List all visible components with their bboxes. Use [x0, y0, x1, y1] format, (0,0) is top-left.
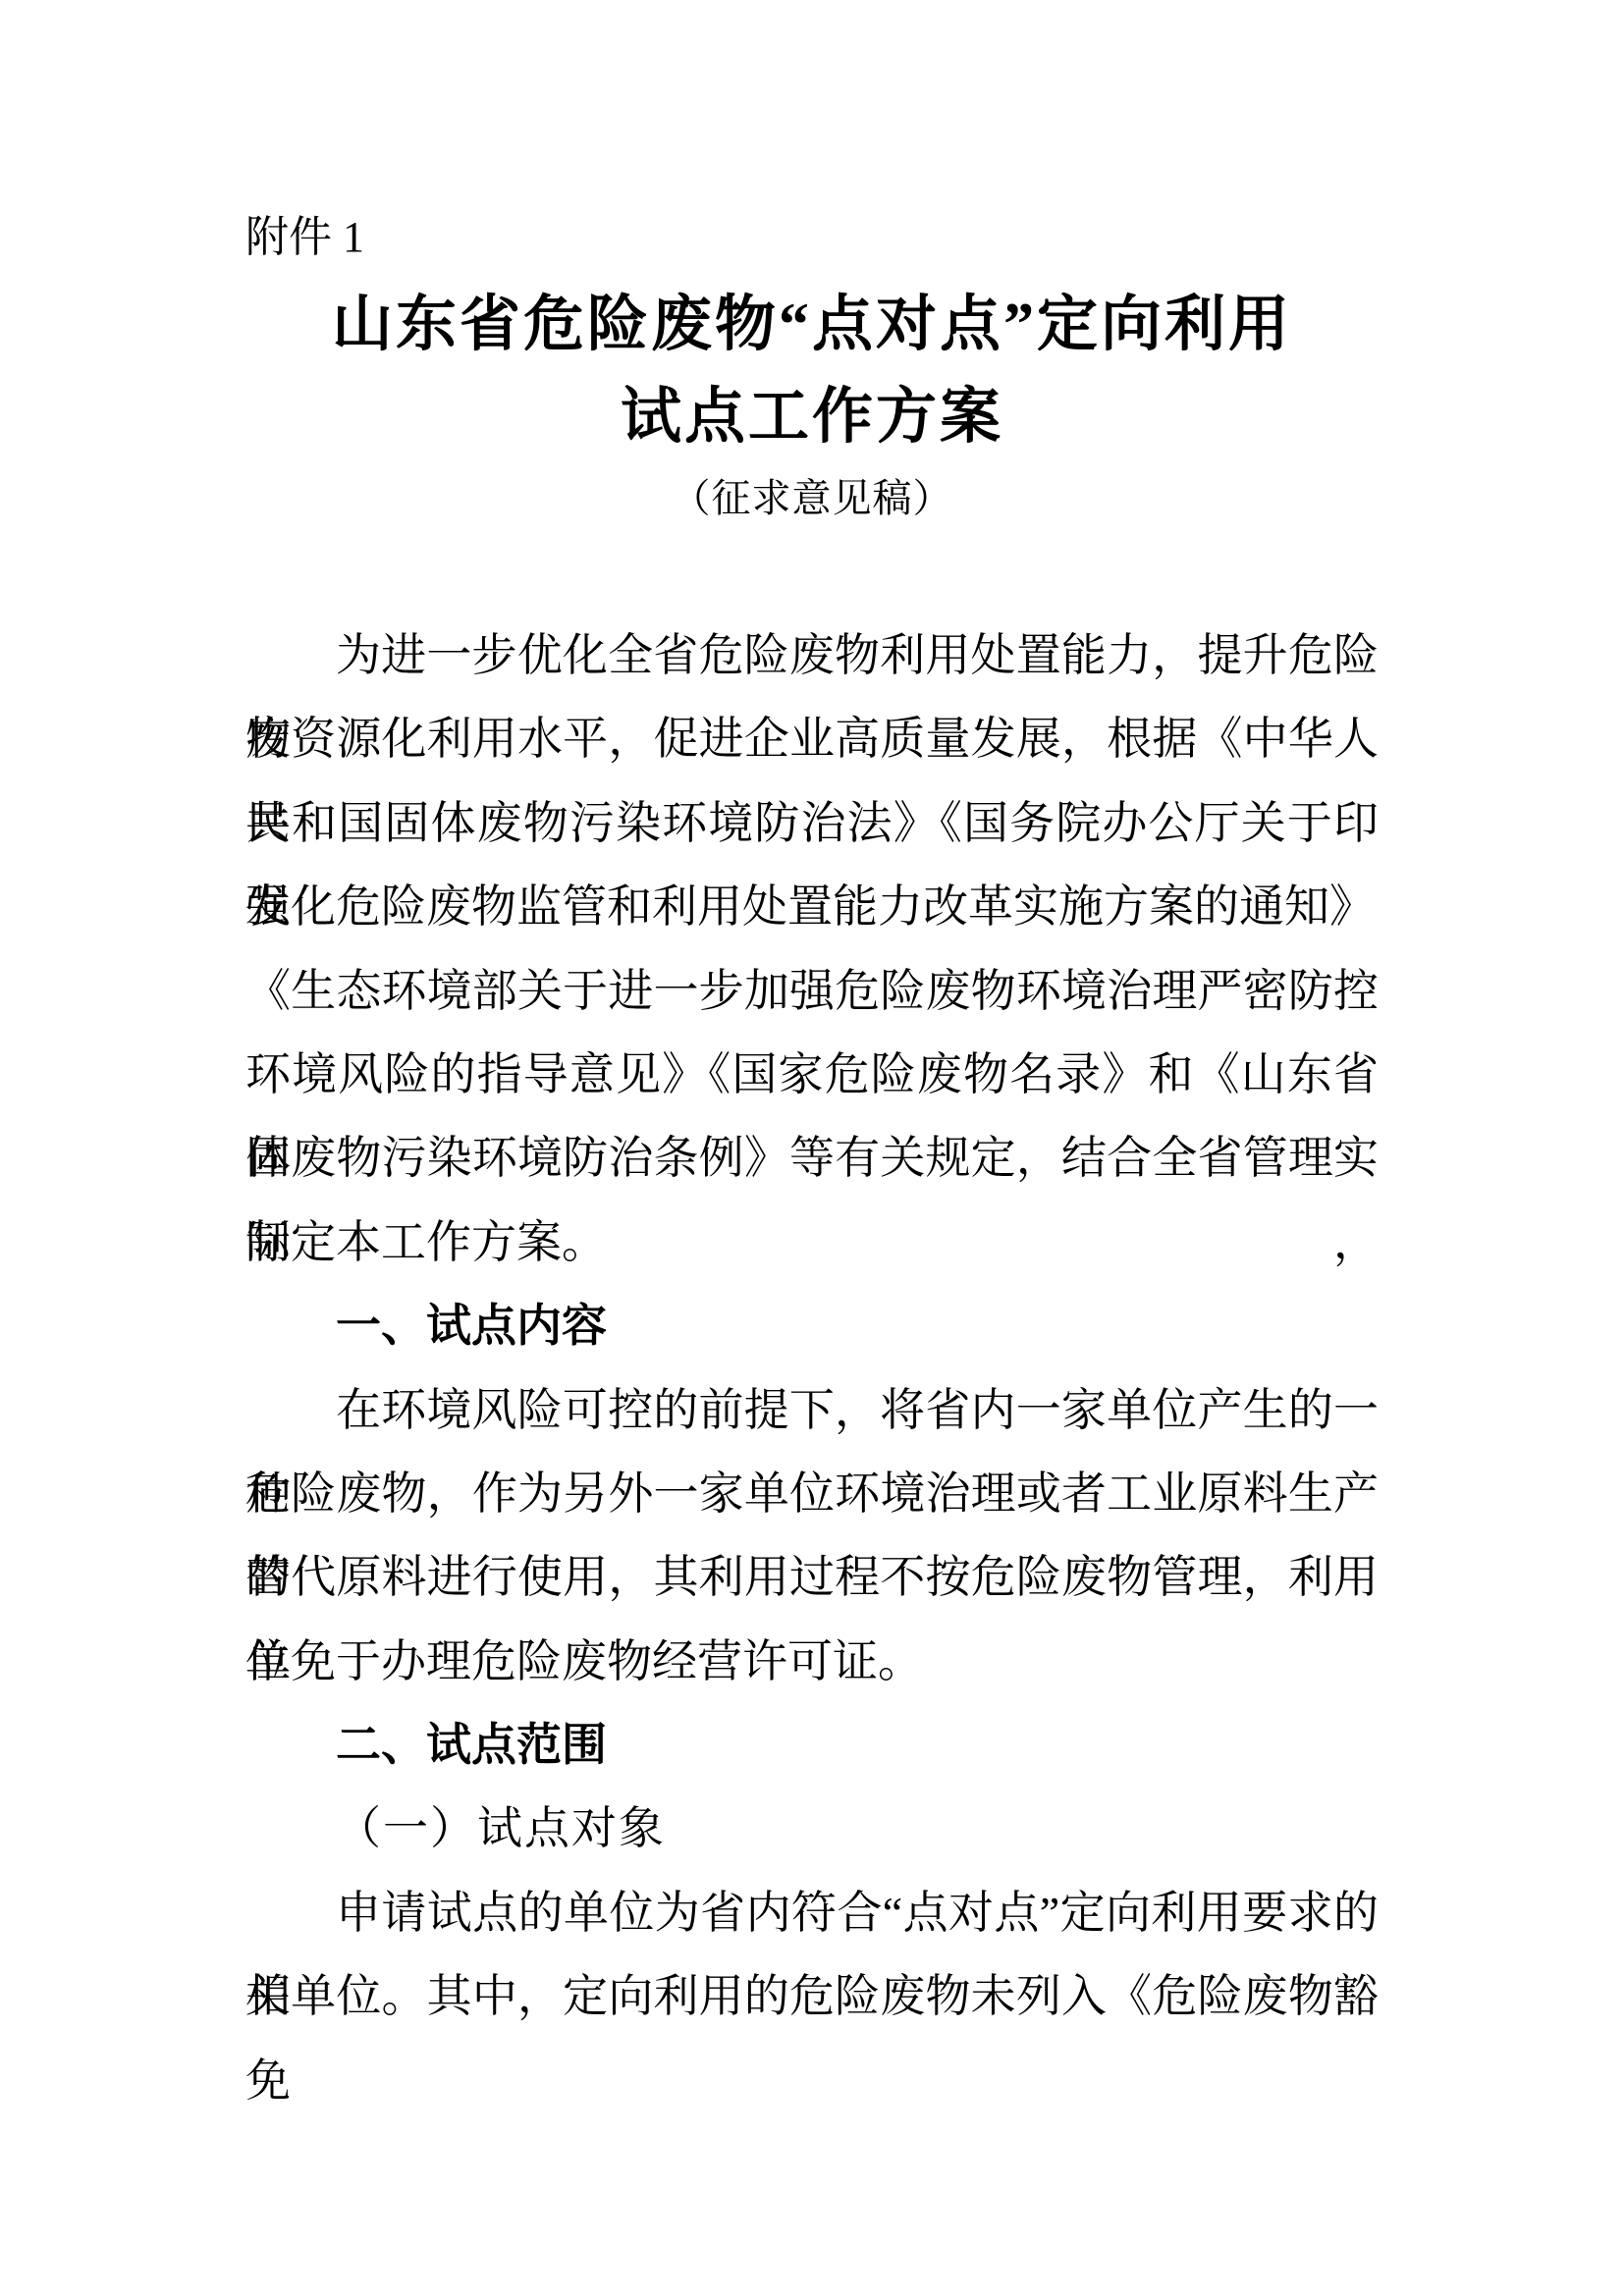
document-body: 为进一步优化全省危险废物利用处置能力，提升危险废 物资源化利用水平，促进企业高质… — [245, 614, 1379, 2039]
paragraph-2-line-2: 危险废物，作为另外一家单位环境治理或者工业原料生产的 — [245, 1452, 1379, 1535]
section-1-heading: 一、试点内容 — [245, 1284, 1379, 1367]
attachment-label: 附件 1 — [245, 210, 364, 265]
subsection-2-1-heading: （一）试点对象 — [245, 1787, 1379, 1870]
paragraph-1-line-6: 环境风险的指导意见》《国家危险废物名录》和《山东省固 — [245, 1033, 1379, 1116]
document-title-line-2: 试点工作方案 — [0, 371, 1624, 463]
paragraph-1-line-7: 体废物污染环境防治条例》等有关规定，结合全省管理实际， — [245, 1116, 1379, 1200]
paragraph-1-line-1: 为进一步优化全省危险废物利用处置能力，提升危险废 — [245, 614, 1379, 697]
paragraph-2-line-4: 位免于办理危险废物经营许可证。 — [245, 1620, 1379, 1703]
document-page: 附件 1 山东省危险废物“点对点”定向利用 试点工作方案 （征求意见稿） 为进一… — [0, 0, 1624, 2296]
document-subtitle: （征求意见稿） — [0, 469, 1624, 528]
document-title-line-1: 山东省危险废物“点对点”定向利用 — [0, 279, 1624, 371]
paragraph-3-line-1: 申请试点的单位为省内符合“点对点”定向利用要求的相 — [245, 1871, 1379, 1954]
paragraph-2-line-1: 在环境风险可控的前提下，将省内一家单位产生的一种 — [245, 1368, 1379, 1452]
paragraph-1-line-3: 共和国固体废物污染环境防治法》《国务院办公厅关于印发 — [245, 781, 1379, 865]
section-2-heading: 二、试点范围 — [245, 1703, 1379, 1787]
paragraph-1-line-5: 《生态环境部关于进一步加强危险废物环境治理严密防控 — [245, 949, 1379, 1033]
document-title: 山东省危险废物“点对点”定向利用 试点工作方案 — [0, 279, 1624, 463]
paragraph-2-line-3: 替代原料进行使用，其利用过程不按危险废物管理，利用单 — [245, 1535, 1379, 1619]
paragraph-3-line-2: 关单位。其中，定向利用的危险废物未列入《危险废物豁免 — [245, 1954, 1379, 2038]
paragraph-1-line-2: 物资源化利用水平，促进企业高质量发展，根据《中华人民 — [245, 697, 1379, 780]
paragraph-1-line-4: 强化危险废物监管和利用处置能力改革实施方案的通知》 — [245, 865, 1379, 948]
